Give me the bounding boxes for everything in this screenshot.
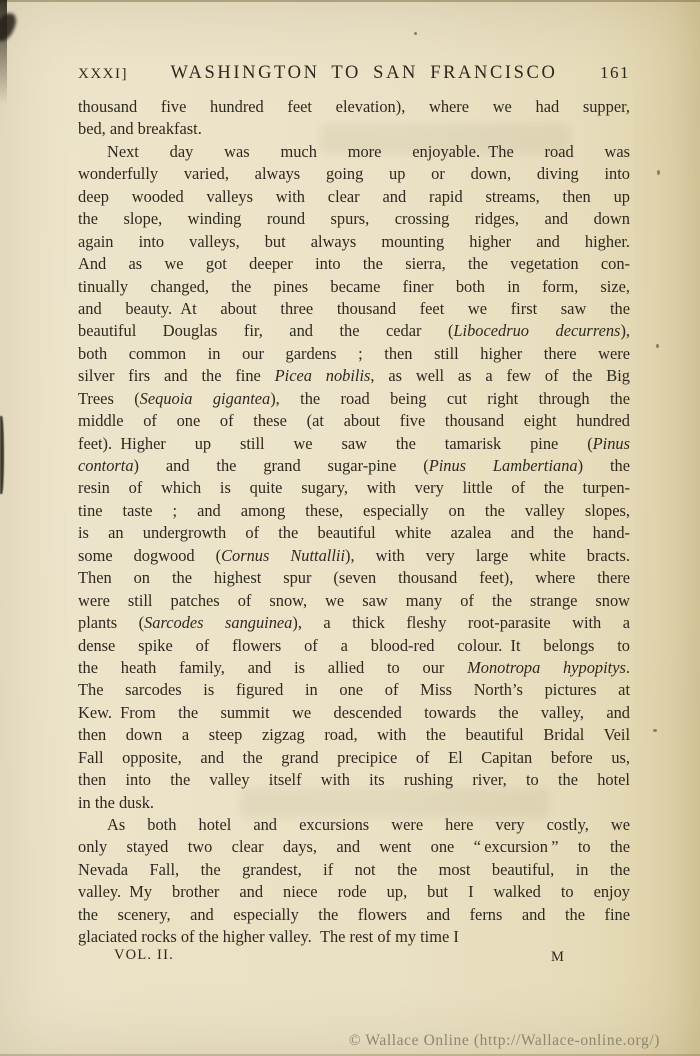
text-line: in the dusk. bbox=[78, 792, 630, 814]
text-line: And as we got deeper into the sierra, th… bbox=[78, 253, 630, 275]
species-name-italic: Monotropa hypopitys bbox=[467, 658, 626, 677]
running-header: XXXI] WASHINGTON TO SAN FRANCISCO 161 bbox=[78, 63, 630, 89]
text-line: only stayed two clear days, and went one… bbox=[78, 836, 630, 858]
printer-signature-mark: M bbox=[551, 949, 565, 966]
text-line: the heath family, and is allied to our M… bbox=[78, 657, 630, 679]
scan-corner-blemish bbox=[0, 10, 19, 45]
text-line: and beauty. At about three thousand feet… bbox=[78, 298, 630, 320]
scan-edge-streak bbox=[0, 416, 4, 494]
text-line: were still patches of snow, we saw many … bbox=[78, 590, 630, 612]
text-line: middle of one of these (at about five th… bbox=[78, 410, 630, 432]
running-title: WASHINGTON TO SAN FRANCISCO bbox=[128, 63, 600, 84]
paper-speck bbox=[657, 170, 660, 175]
text-line: bed, and breakfast. bbox=[78, 118, 630, 140]
wallace-online-watermark: © Wallace Online (http://Wallace-online.… bbox=[349, 1032, 660, 1050]
text-line: Trees (Sequoia gigantea), the road being… bbox=[78, 388, 630, 410]
paragraph: As both hotel and excursions were here v… bbox=[78, 814, 630, 949]
species-name-italic: Cornus Nuttallii bbox=[221, 546, 345, 565]
paper-speck bbox=[653, 729, 657, 732]
text-line: contorta) and the grand sugar-pine (Pinu… bbox=[78, 455, 630, 477]
text-line: feet). Higher up still we saw the tamari… bbox=[78, 433, 630, 455]
volume-label: VOL. II. bbox=[114, 947, 174, 964]
text-line: then down a steep zigzag road, with the … bbox=[78, 724, 630, 746]
text-line: silver firs and the fine Picea nobilis, … bbox=[78, 365, 630, 387]
species-name-italic: Picea nobilis bbox=[275, 366, 371, 385]
text-line: some dogwood (Cornus Nuttallii), with ve… bbox=[78, 545, 630, 567]
text-line: valley. My brother and niece rode up, bu… bbox=[78, 881, 630, 903]
species-name-italic: contorta bbox=[78, 456, 134, 475]
text-line: Then on the highest spur (seven thousand… bbox=[78, 567, 630, 589]
text-line: the scenery, and especially the flowers … bbox=[78, 904, 630, 926]
text-line: As both hotel and excursions were here v… bbox=[78, 814, 630, 836]
text-line: Next day was much more enjoyable. The ro… bbox=[78, 141, 630, 163]
chapter-number: XXXI] bbox=[78, 66, 128, 83]
text-line: thousand five hundred feet elevation), w… bbox=[78, 96, 630, 118]
species-name-italic: Pinus Lambertiana bbox=[429, 456, 578, 475]
text-line: deep wooded valleys with clear and rapid… bbox=[78, 186, 630, 208]
text-line: resin of which is quite sugary, with ver… bbox=[78, 477, 630, 499]
text-line: beautiful Douglas fir, and the cedar (Li… bbox=[78, 320, 630, 342]
text-line: the slope, winding round spurs, crossing… bbox=[78, 208, 630, 230]
text-line: wonderfully varied, always going up or d… bbox=[78, 163, 630, 185]
text-line: is an undergrowth of the beautiful white… bbox=[78, 522, 630, 544]
text-line: Fall opposite, and the grand precipice o… bbox=[78, 747, 630, 769]
text-line: glaciated rocks of the higher valley. Th… bbox=[78, 926, 630, 948]
text-line: plants (Sarcodes sanguinea), a thick fle… bbox=[78, 612, 630, 634]
paragraph: thousand five hundred feet elevation), w… bbox=[78, 96, 630, 141]
species-name-italic: Pinus bbox=[593, 434, 630, 453]
text-line: tinually changed, the pines became finer… bbox=[78, 276, 630, 298]
paper-speck bbox=[414, 32, 417, 35]
text-line: The sarcodes is figured in one of Miss N… bbox=[78, 679, 630, 701]
text-line: Kew. From the summit we descended toward… bbox=[78, 702, 630, 724]
paper-speck bbox=[656, 344, 659, 348]
scanned-book-page: XXXI] WASHINGTON TO SAN FRANCISCO 161 th… bbox=[0, 0, 700, 1056]
text-line: tine taste ; and among these, especially… bbox=[78, 500, 630, 522]
page-number: 161 bbox=[600, 63, 630, 83]
paragraph: Next day was much more enjoyable. The ro… bbox=[78, 141, 630, 814]
species-name-italic: Sarcodes sanguinea bbox=[144, 613, 292, 632]
page-body: thousand five hundred feet elevation), w… bbox=[78, 96, 630, 949]
text-line: Nevada Fall, the grandest, if not the mo… bbox=[78, 859, 630, 881]
text-line: both common in our gardens ; then still … bbox=[78, 343, 630, 365]
text-line: again into valleys, but always mounting … bbox=[78, 231, 630, 253]
page-footer: VOL. II. M bbox=[78, 947, 630, 969]
text-line: then into the valley itself with its rus… bbox=[78, 769, 630, 791]
text-line: dense spike of flowers of a blood-red co… bbox=[78, 635, 630, 657]
species-name-italic: Sequoia gigantea bbox=[140, 389, 271, 408]
species-name-italic: Libocedruo decurrens bbox=[453, 321, 620, 340]
